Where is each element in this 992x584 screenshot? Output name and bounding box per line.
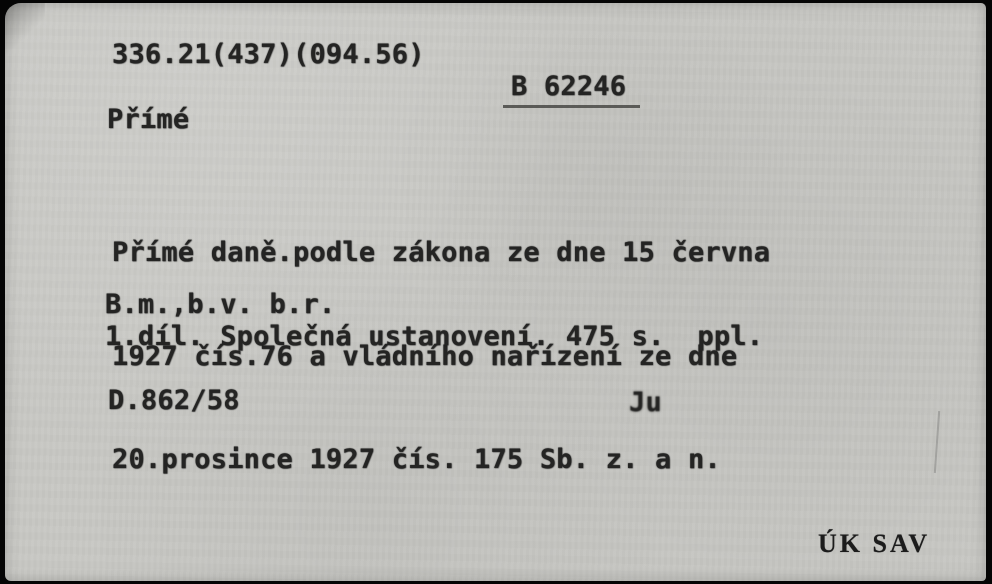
cataloguer-initials: Ju (629, 387, 662, 418)
scan-corner-shadow (5, 3, 45, 63)
scan-artifact-line (934, 411, 940, 473)
heading-entry-word: Přímé (107, 104, 189, 135)
title-line-1: Přímé daně.podle zákona ze dne 15 června (112, 236, 770, 271)
accession-number: D.862/58 (108, 385, 240, 416)
collation-statement: 1.díl. Společná ustanovení. 475 s. ppl. (105, 321, 763, 352)
classification-number: 336.21(437)(094.56) (112, 39, 425, 70)
library-stamp: ÚK SAV (818, 529, 930, 559)
title-statement: Přímé daně.podle zákona ze dne 15 června… (112, 167, 770, 547)
catalog-card: 336.21(437)(094.56) B 62246 Přímé Přímé … (5, 3, 986, 581)
title-line-3: 20.prosince 1927 čís. 175 Sb. z. a n. (112, 443, 770, 478)
call-number: B 62246 (503, 71, 640, 108)
imprint-statement: B.m.,b.v. b.r. (105, 289, 335, 320)
scanned-catalog-card-page: 336.21(437)(094.56) B 62246 Přímé Přímé … (0, 0, 992, 584)
